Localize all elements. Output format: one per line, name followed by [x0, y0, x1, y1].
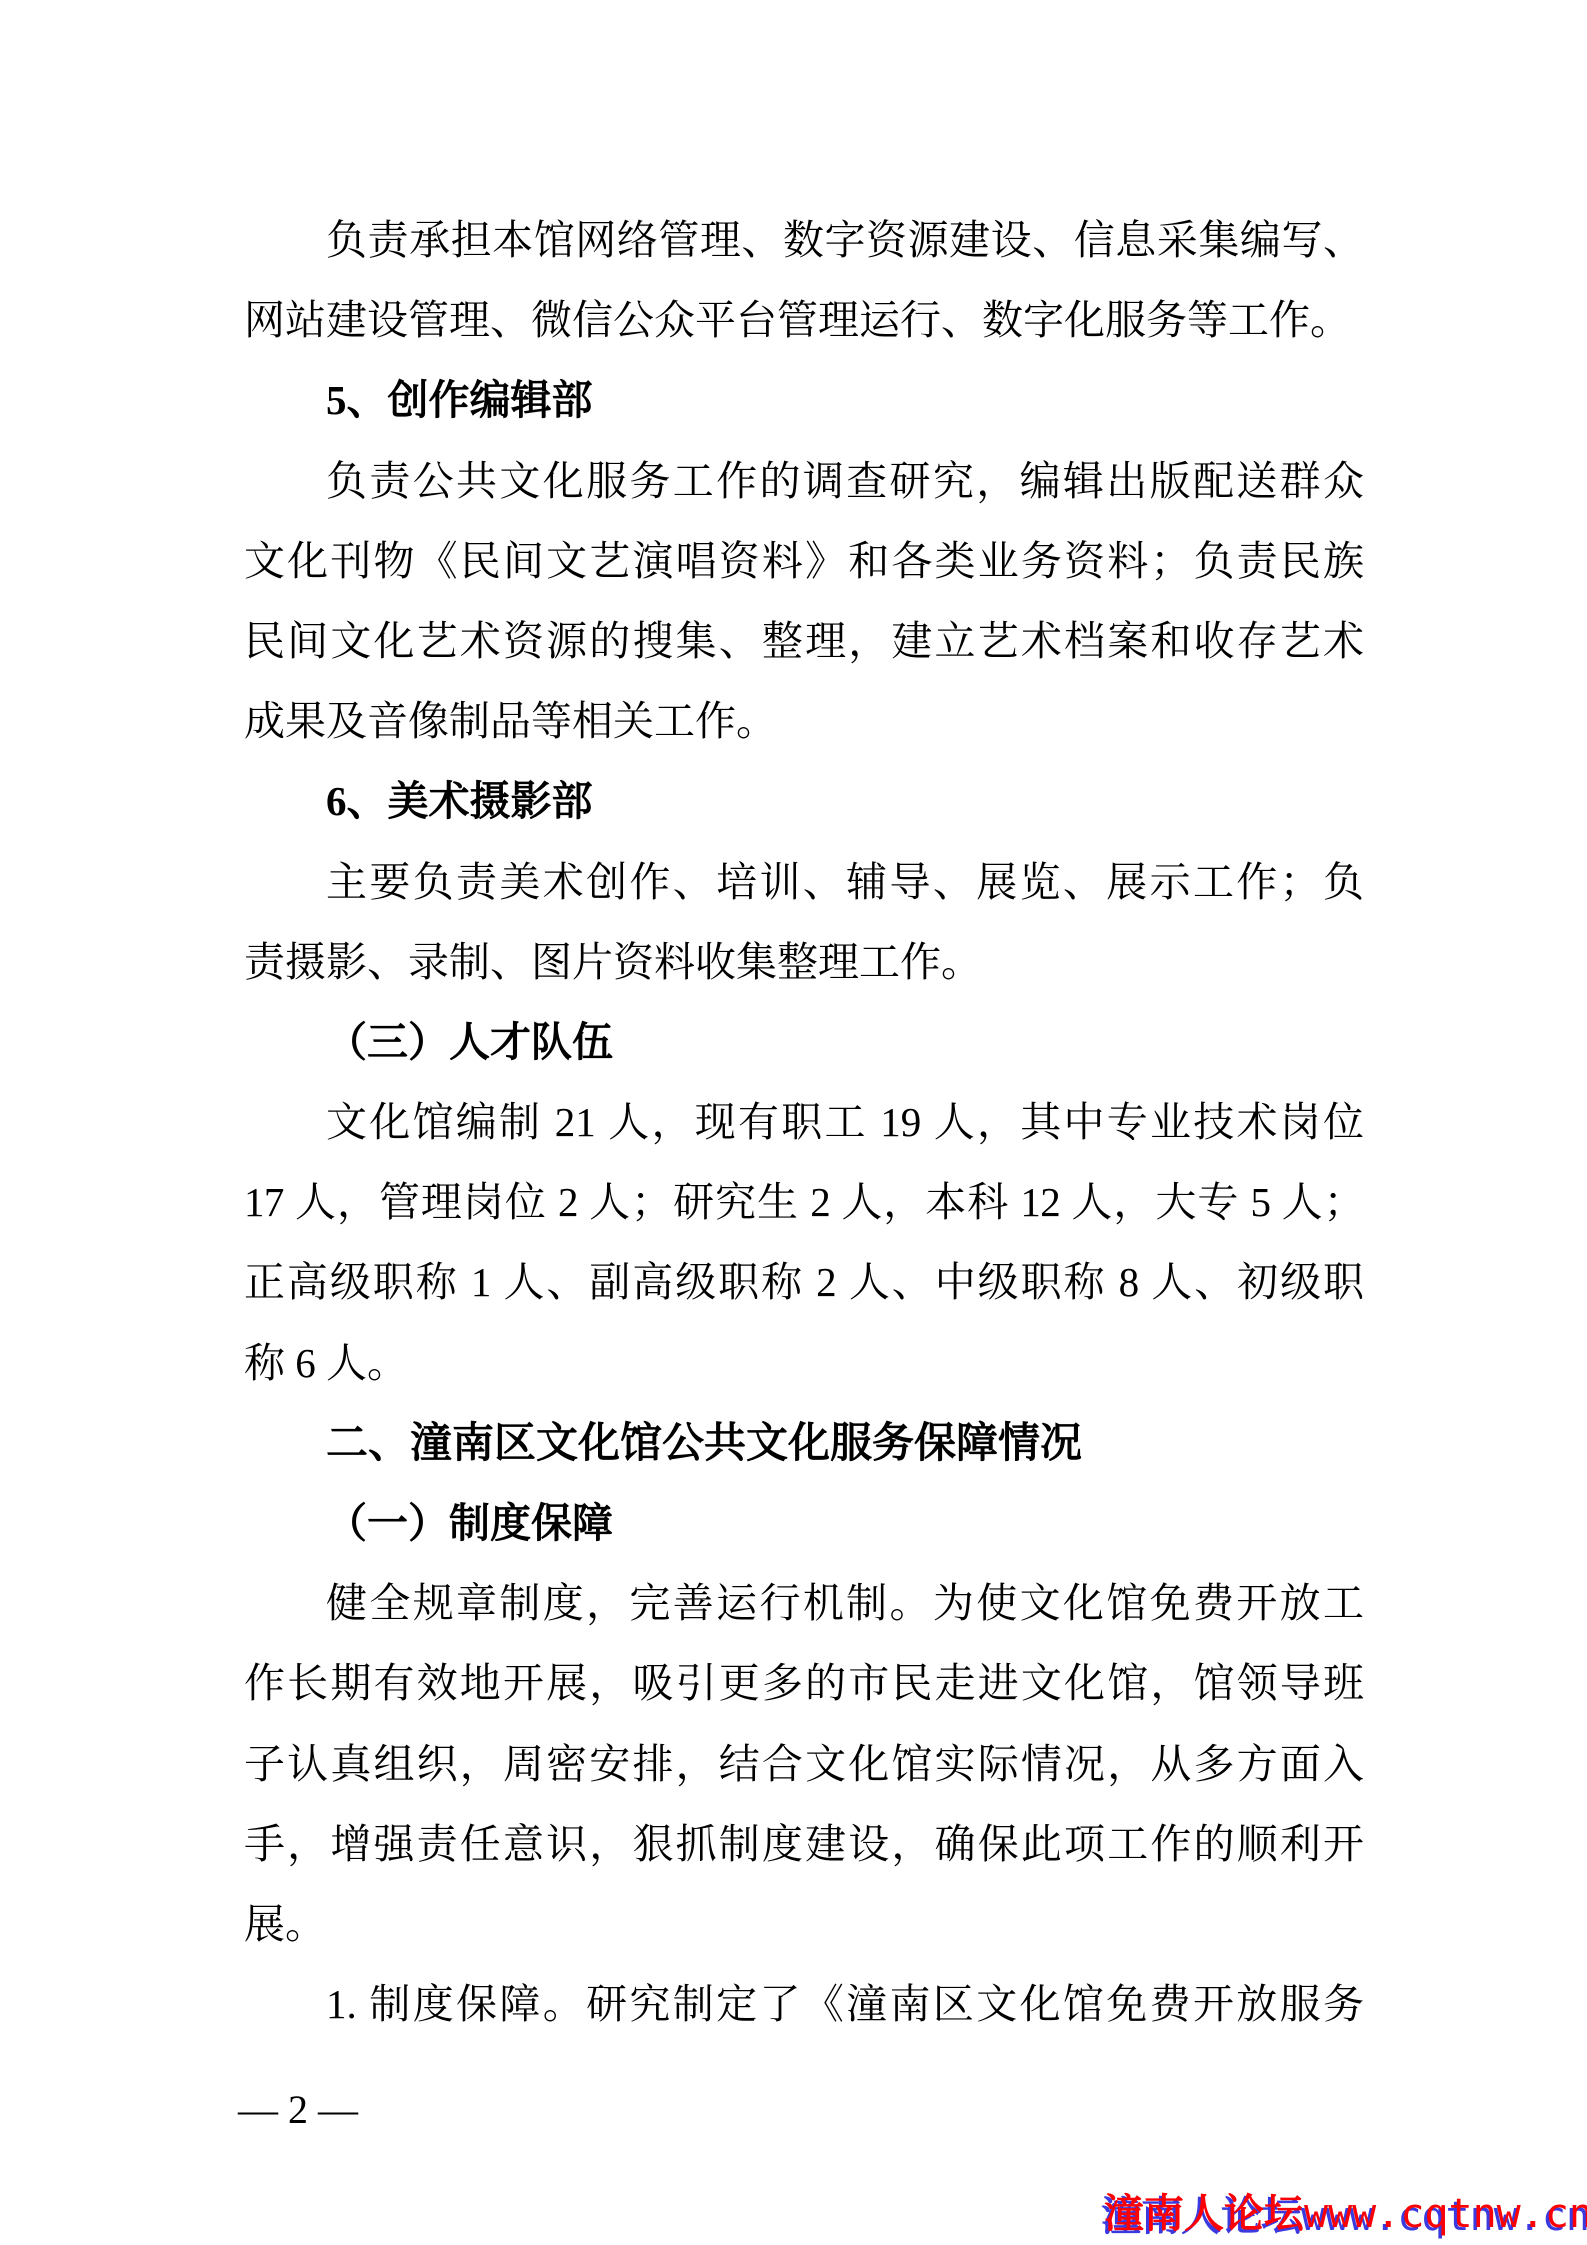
watermark-url: www.cqtnw.cn	[1304, 2191, 1587, 2237]
section-heading-line: 二、潼南区文化馆公共文化服务保障情况	[244, 1403, 1364, 1483]
text-line: 正高级职称 1 人、副高级职称 2 人、中级职称 8 人、初级职	[244, 1242, 1364, 1322]
text-line: 负责公共文化服务工作的调查研究，编辑出版配送群众	[244, 441, 1364, 521]
text-line: 展。	[244, 1884, 1364, 1964]
document-body: 负责承担本馆网络管理、数字资源建设、信息采集编写、网站建设管理、微信公众平台管理…	[244, 200, 1364, 2044]
text-line: 主要负责美术创作、培训、辅导、展览、展示工作；负	[244, 842, 1364, 922]
subheading-line: 5、创作编辑部	[244, 360, 1364, 440]
text-line: 责摄影、录制、图片资料收集整理工作。	[244, 922, 1364, 1002]
watermark: 潼南人论坛www.cqtnw.cn	[1104, 2188, 1587, 2240]
text-line: 文化馆编制 21 人，现有职工 19 人，其中专业技术岗位	[244, 1082, 1364, 1162]
subheading-line: （三）人才队伍	[244, 1002, 1364, 1082]
text-line: 文化刊物《民间文艺演唱资料》和各类业务资料；负责民族	[244, 521, 1364, 601]
text-line: 子认真组织，周密安排，结合文化馆实际情况，从多方面入	[244, 1724, 1364, 1804]
text-line: 网站建设管理、微信公众平台管理运行、数字化服务等工作。	[244, 280, 1364, 360]
text-line: 民间文化艺术资源的搜集、整理，建立艺术档案和收存艺术	[244, 601, 1364, 681]
watermark-forum-name: 潼南人论坛	[1104, 2191, 1304, 2237]
text-line: 1. 制度保障。研究制定了《潼南区文化馆免费开放服务	[244, 1964, 1364, 2044]
text-line: 健全规章制度，完善运行机制。为使文化馆免费开放工	[244, 1563, 1364, 1643]
text-line: 17 人，管理岗位 2 人；研究生 2 人，本科 12 人，大专 5 人；	[244, 1162, 1364, 1242]
text-line: 作长期有效地开展，吸引更多的市民走进文化馆，馆领导班	[244, 1643, 1364, 1723]
page-number: — 2 —	[238, 2082, 358, 2138]
document-page: 负责承担本馆网络管理、数字资源建设、信息采集编写、网站建设管理、微信公众平台管理…	[0, 0, 1587, 2245]
subheading-line: 6、美术摄影部	[244, 761, 1364, 841]
text-line: 称 6 人。	[244, 1323, 1364, 1403]
text-line: 手，增强责任意识，狠抓制度建设，确保此项工作的顺利开	[244, 1804, 1364, 1884]
text-line: 负责承担本馆网络管理、数字资源建设、信息采集编写、	[244, 200, 1364, 280]
text-line: 成果及音像制品等相关工作。	[244, 681, 1364, 761]
subheading-line: （一）制度保障	[244, 1483, 1364, 1563]
